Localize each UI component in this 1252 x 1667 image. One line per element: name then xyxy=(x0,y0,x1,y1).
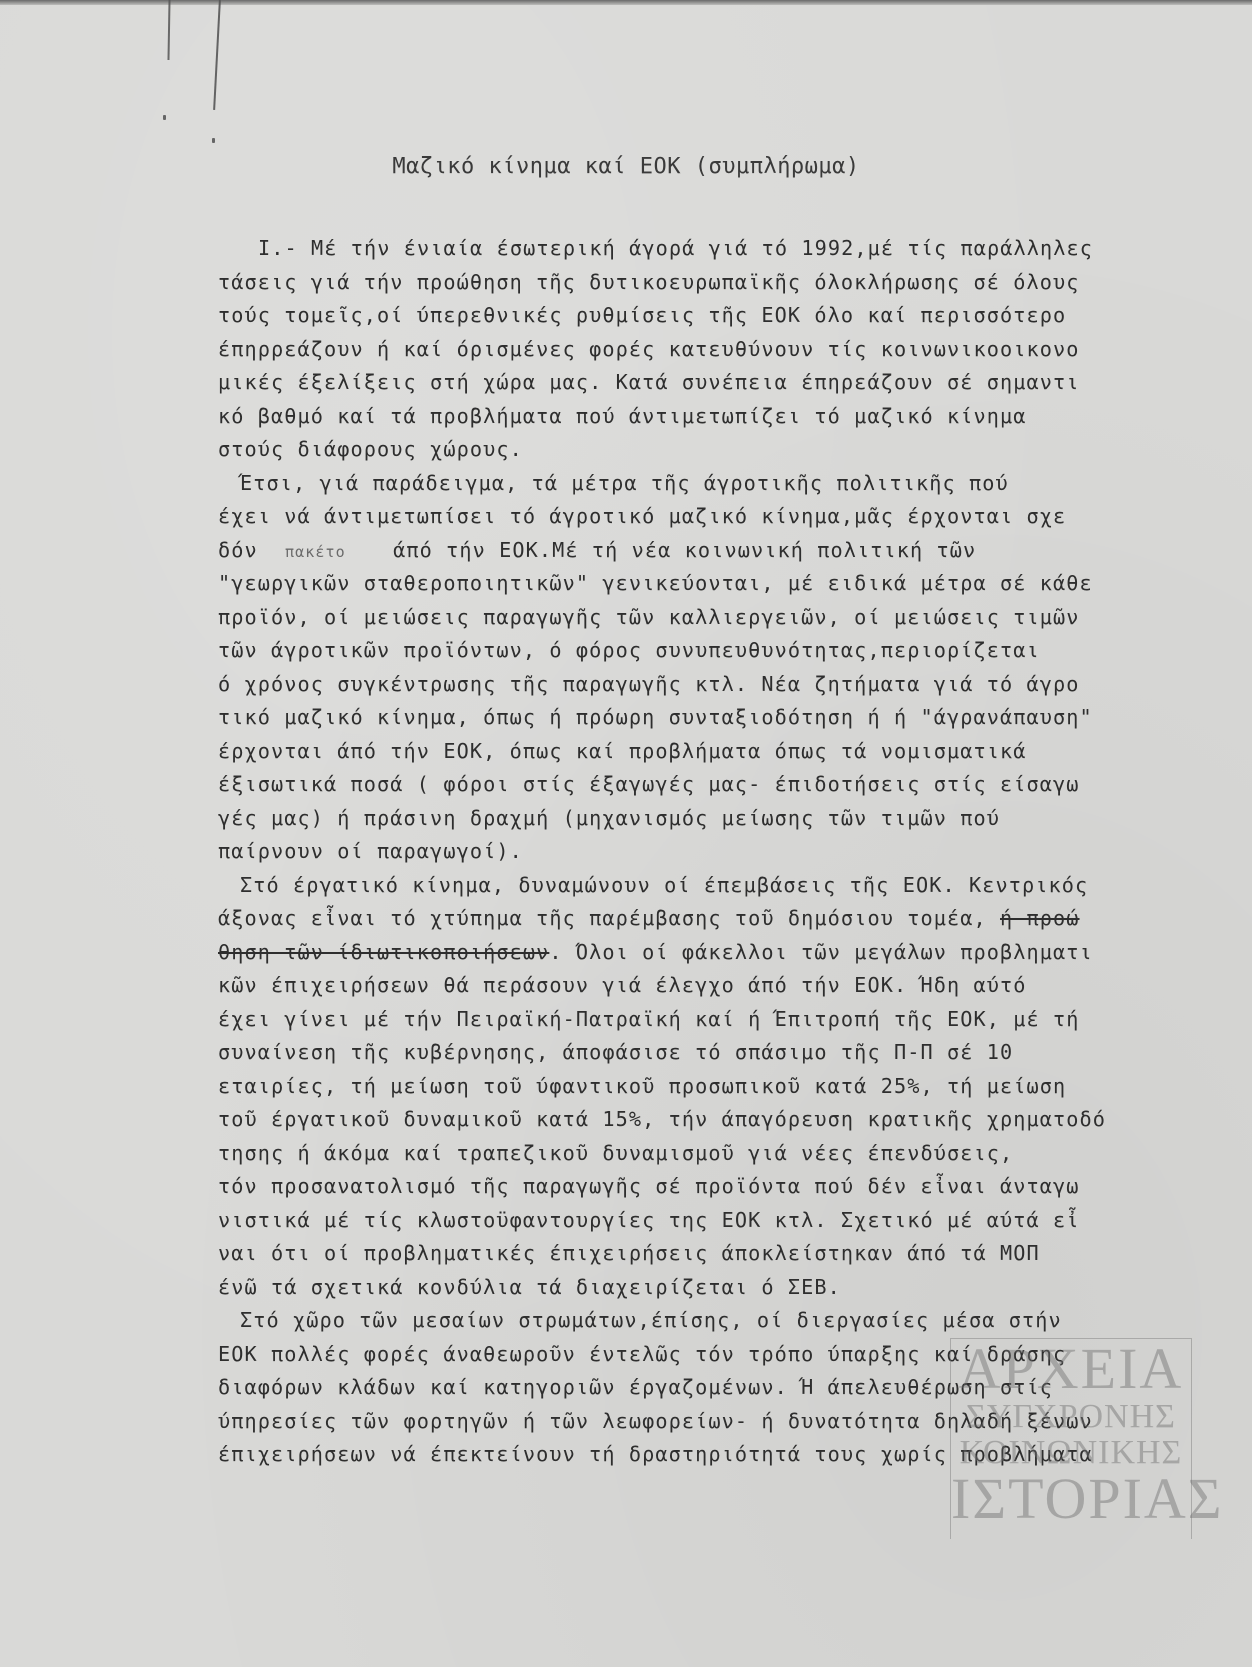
margin-dot xyxy=(212,138,215,143)
text-line: παίρνουν οί παραγωγοί). xyxy=(218,835,1228,869)
text-line: άξονας εἶναι τό χτύπημα τῆς παρέμβασης τ… xyxy=(218,902,1228,936)
scan-top-edge xyxy=(0,0,1252,5)
text-line: διαφόρων κλάδων καί κατηγοριῶν έργαζομέν… xyxy=(218,1371,1228,1405)
struck-text: θηση τῶν ίδιωτικοποιήσεων xyxy=(218,940,549,964)
stamp-line: ΙΣΤΟΡΙΑΣ xyxy=(951,1471,1191,1527)
text-line: θηση τῶν ίδιωτικοποιήσεων. Όλοι οί φάκελ… xyxy=(218,936,1228,970)
text-line: Στό έργατικό κίνημα, δυναμώνουν οί έπεμβ… xyxy=(218,869,1228,903)
text-line: δόν πακέτο άπό τήν ΕΟΚ.Μέ τή νέα κοινωνι… xyxy=(218,534,1228,568)
margin-dot xyxy=(163,115,166,120)
struck-text: ή προώ xyxy=(1000,906,1080,930)
text-line: έχει γίνει μέ τήν Πειραϊκή-Πατραϊκή καί … xyxy=(218,1003,1228,1037)
document-body: I.- Μέ τήν ένιαία έσωτερική άγορά γιά τό… xyxy=(258,232,1228,1472)
text-line: έπιχειρήσεων νά έπεκτείνουν τή δραστηριό… xyxy=(218,1438,1228,1472)
text-line: τούς τομεῖς,οί ύπερεθνικές ρυθμίσεις τῆς… xyxy=(218,299,1228,333)
text-fragment: . Όλοι οί φάκελλοι τῶν μεγάλων προβληματ… xyxy=(549,940,1092,964)
text-line: ένῶ τά σχετικά κονδύλια τά διαχειρίζεται… xyxy=(218,1271,1228,1305)
text-line: έπηρρεάζουν ή καί όρισμένες φορές κατευθ… xyxy=(218,333,1228,367)
margin-mark xyxy=(167,0,170,60)
text-line: Έτσι, γιά παράδειγμα, τά μέτρα τῆς άγροτ… xyxy=(218,467,1228,501)
margin-mark xyxy=(213,0,221,110)
text-line: τῶν άγροτικῶν προϊόντων, ό φόρος συνυπευ… xyxy=(218,634,1228,668)
text-line: έχει νά άντιμετωπίσει τό άγροτικό μαζικό… xyxy=(218,500,1228,534)
text-line: κό βαθμό καί τά προβλήματα πού άντιμετωπ… xyxy=(218,400,1228,434)
text-line: μικές έξελίξεις στή χώρα μας. Κατά συνέπ… xyxy=(218,366,1228,400)
scanned-page: Μαζικό κίνημα καί ΕΟΚ (συμπλήρωμα) I.- Μ… xyxy=(0,0,1252,1667)
text-line: τικό μαζικό κίνημα, όπως ή πρόωρη συνταξ… xyxy=(218,701,1228,735)
text-line: "γεωργικῶν σταθεροποιητικῶν" γενικεύοντα… xyxy=(218,567,1228,601)
text-line: έρχονται άπό τήν ΕΟΚ, όπως καί προβλήματ… xyxy=(218,735,1228,769)
text-line: ό χρόνος συγκέντρωσης τῆς παραγωγῆς κτλ.… xyxy=(218,668,1228,702)
text-line: τησης ή άκόμα καί τραπεζικοῦ δυναμισμοῦ … xyxy=(218,1137,1228,1171)
text-line: έξισωτικά ποσά ( φόροι στίς έξαγωγές μας… xyxy=(218,768,1228,802)
text-line: τάσεις γιά τήν προώθηση τῆς δυτικοευρωπα… xyxy=(218,266,1228,300)
text-line: ναι ότι οί προβληματικές έπιχειρήσεις άπ… xyxy=(218,1237,1228,1271)
text-fragment: δόν xyxy=(218,538,258,562)
text-line: νιστικά μέ τίς κλωστοϋφαντουργίες της ΕΟ… xyxy=(218,1204,1228,1238)
text-fragment: άπό τήν ΕΟΚ.Μέ τή νέα κοινωνική πολιτική… xyxy=(393,538,976,562)
text-line: προϊόν, οί μειώσεις παραγωγῆς τῶν καλλιε… xyxy=(218,601,1228,635)
text-line: συναίνεση τῆς κυβέρνησης, άποφάσισε τό σ… xyxy=(218,1036,1228,1070)
text-line: ΕΟΚ πολλές φορές άναθεωροῦν έντελῶς τόν … xyxy=(218,1338,1228,1372)
handwritten-insert: πακέτο xyxy=(285,543,346,561)
text-line: I.- Μέ τήν ένιαία έσωτερική άγορά γιά τό… xyxy=(258,232,1228,266)
text-line: τόν προσανατολισμό τῆς παραγωγῆς σέ προϊ… xyxy=(218,1170,1228,1204)
text-line: τοῦ έργατικοῦ δυναμικοῦ κατά 15%, τήν άπ… xyxy=(218,1103,1228,1137)
text-line: Στό χῶρο τῶν μεσαίων στρωμάτων,έπίσης, ο… xyxy=(218,1304,1228,1338)
document-title: Μαζικό κίνημα καί ΕΟΚ (συμπλήρωμα) xyxy=(0,154,1252,179)
text-fragment: άξονας εἶναι τό χτύπημα τῆς παρέμβασης τ… xyxy=(218,906,987,930)
text-line: ύπηρεσίες τῶν φορτηγῶν ή τῶν λεωφορείων-… xyxy=(218,1405,1228,1439)
text-line: στούς διάφορους χώρους. xyxy=(218,433,1228,467)
text-line: κῶν έπιχειρήσεων θά περάσουν γιά έλεγχο … xyxy=(218,969,1228,1003)
text-line: γές μας) ή πράσινη δραχμή (μηχανισμός με… xyxy=(218,802,1228,836)
text-line: εταιρίες, τή μείωση τοῦ ύφαντικοῦ προσωπ… xyxy=(218,1070,1228,1104)
